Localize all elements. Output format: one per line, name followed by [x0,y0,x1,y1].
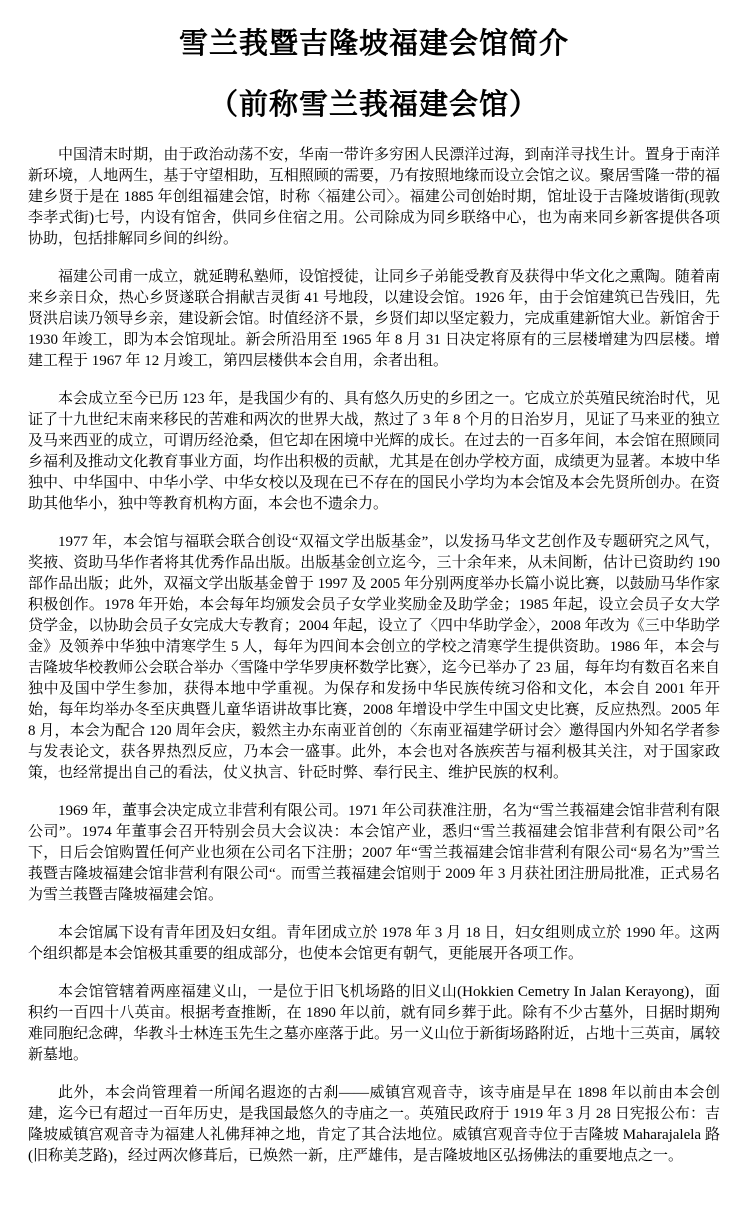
paragraph-building-history: 福建公司甫一成立，就延聘私塾师，设馆授徒，让同乡子弟能受教育及获得中华文化之熏陶… [28,267,720,372]
document-page: 雪兰莪暨吉隆坡福建会馆简介 （前称雪兰莪福建会馆） 中国清末时期，由于政治动荡不… [0,0,750,1213]
paragraph-culture-education-activities: 1977 年，本会馆与福联会联合创设“双福文学出版基金”，以发扬马华文艺创作及专… [28,532,720,784]
paragraph-origin-1885: 中国清末时期，由于政治动荡不安，华南一带许多穷困人民漂洋过海，到南洋寻找生计。置… [28,145,720,250]
document-body: 中国清末时期，由于政治动荡不安，华南一带许多穷困人民漂洋过海，到南洋寻找生计。置… [28,145,720,1167]
document-title: 雪兰莪暨吉隆坡福建会馆简介 [28,24,720,64]
paragraph-cemeteries: 本会馆管辖着两座福建义山，一是位于旧飞机场路的旧义山(Hokkien Cemet… [28,982,720,1066]
paragraph-123-years-schools: 本会成立至今已历 123 年，是我国少有的、具有悠久历史的乡团之一。它成立於英殖… [28,389,720,515]
paragraph-youth-women-sections: 本会馆属下设有青年团及妇女组。青年团成立於 1978 年 3 月 18 日，妇女… [28,923,720,965]
paragraph-nonprofit-company: 1969 年，董事会决定成立非营利有限公司。1971 年公司获准注册，名为“雪兰… [28,801,720,906]
paragraph-guanyin-temple: 此外，本会尚管理着一所闻名遐迩的古刹——威镇宫观音寺，该寺庙是早在 1898 年… [28,1083,720,1167]
document-subtitle: （前称雪兰莪福建会馆） [28,85,720,125]
